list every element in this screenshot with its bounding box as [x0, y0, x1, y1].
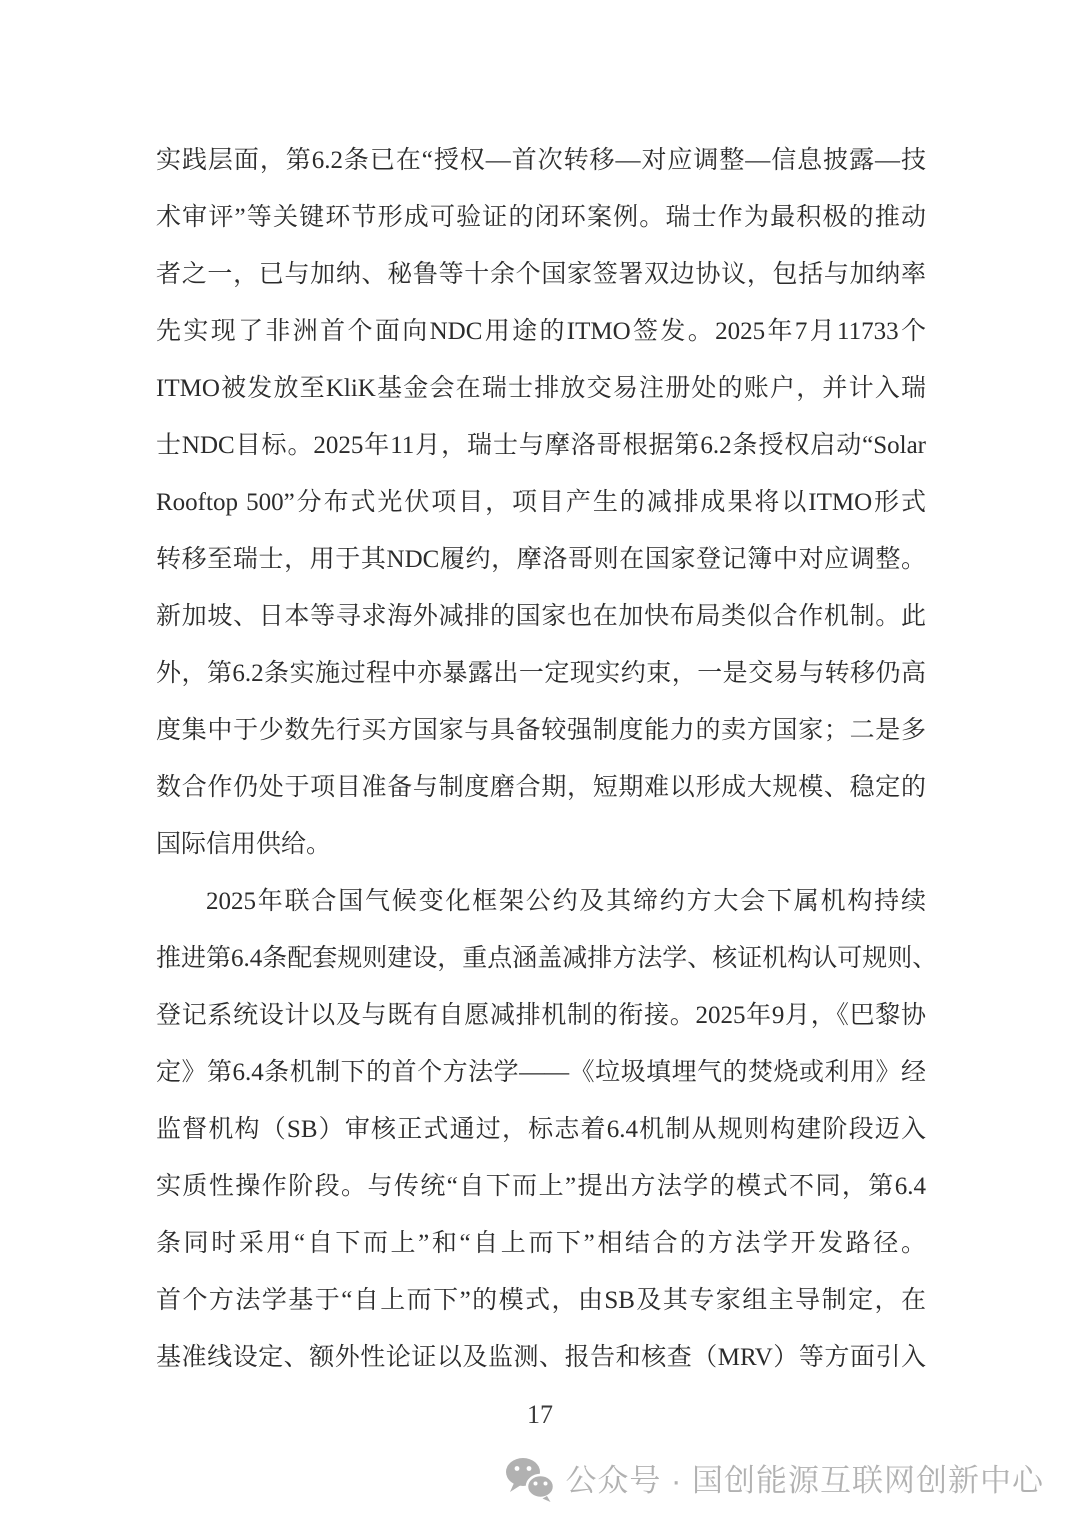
text-line: 士NDC目标。2025年11月，瑞士与摩洛哥根据第6.2条授权启动“Solar	[156, 417, 926, 474]
text-line: 基准线设定、额外性论证以及监测、报告和核查（MRV）等方面引入	[156, 1329, 926, 1386]
text-line: 国际信用供给。	[156, 816, 926, 873]
text-line: Rooftop 500”分布式光伏项目，项目产生的减排成果将以ITMO形式	[156, 474, 926, 531]
wechat-watermark-label: 公众号 · 国创能源互联网创新中心	[565, 1465, 1044, 1496]
text-line: 度集中于少数先行买方国家与具备较强制度能力的卖方国家；二是多	[156, 702, 926, 759]
page-number: 17	[0, 1400, 1080, 1430]
document-page: 实践层面，第6.2条已在“授权—首次转移—对应调整—信息披露—技 术审评”等关键…	[0, 0, 1080, 1527]
text-line: 登记系统设计以及与既有自愿减排机制的衔接。2025年9月，《巴黎协	[156, 987, 926, 1044]
text-line: 新加坡、日本等寻求海外减排的国家也在加快布局类似合作机制。此	[156, 588, 926, 645]
text-line: 实践层面，第6.2条已在“授权—首次转移—对应调整—信息披露—技	[156, 132, 926, 189]
text-line: 2025年联合国气候变化框架公约及其缔约方大会下属机构持续	[156, 873, 926, 930]
text-line: 监督机构（SB）审核正式通过，标志着6.4机制从规则构建阶段迈入	[156, 1101, 926, 1158]
text-line: 术审评”等关键环节形成可验证的闭环案例。瑞士作为最积极的推动	[156, 189, 926, 246]
text-line: 定》第6.4条机制下的首个方法学——《垃圾填埋气的焚烧或利用》经	[156, 1044, 926, 1101]
text-line: 实质性操作阶段。与传统“自下而上”提出方法学的模式不同，第6.4	[156, 1158, 926, 1215]
text-line: ITMO被发放至KliK基金会在瑞士排放交易注册处的账户，并计入瑞	[156, 360, 926, 417]
text-line: 首个方法学基于“自上而下”的模式，由SB及其专家组主导制定，在	[156, 1272, 926, 1329]
text-line: 推进第6.4条配套规则建设，重点涵盖减排方法学、核证机构认可规则、	[156, 930, 926, 987]
wechat-watermark: 公众号 · 国创能源互联网创新中心	[0, 1456, 1080, 1504]
text-line: 先实现了非洲首个面向NDC用途的ITMO签发。2025年7月11733个	[156, 303, 926, 360]
text-line: 转移至瑞士，用于其NDC履约，摩洛哥则在国家登记簿中对应调整。	[156, 531, 926, 588]
document-body: 实践层面，第6.2条已在“授权—首次转移—对应调整—信息披露—技 术审评”等关键…	[156, 132, 926, 1386]
wechat-icon	[504, 1456, 556, 1504]
text-line: 数合作仍处于项目准备与制度磨合期，短期难以形成大规模、稳定的	[156, 759, 926, 816]
text-line: 条同时采用“自下而上”和“自上而下”相结合的方法学开发路径。	[156, 1215, 926, 1272]
text-line: 外，第6.2条实施过程中亦暴露出一定现实约束，一是交易与转移仍高	[156, 645, 926, 702]
text-line: 者之一，已与加纳、秘鲁等十余个国家签署双边协议，包括与加纳率	[156, 246, 926, 303]
